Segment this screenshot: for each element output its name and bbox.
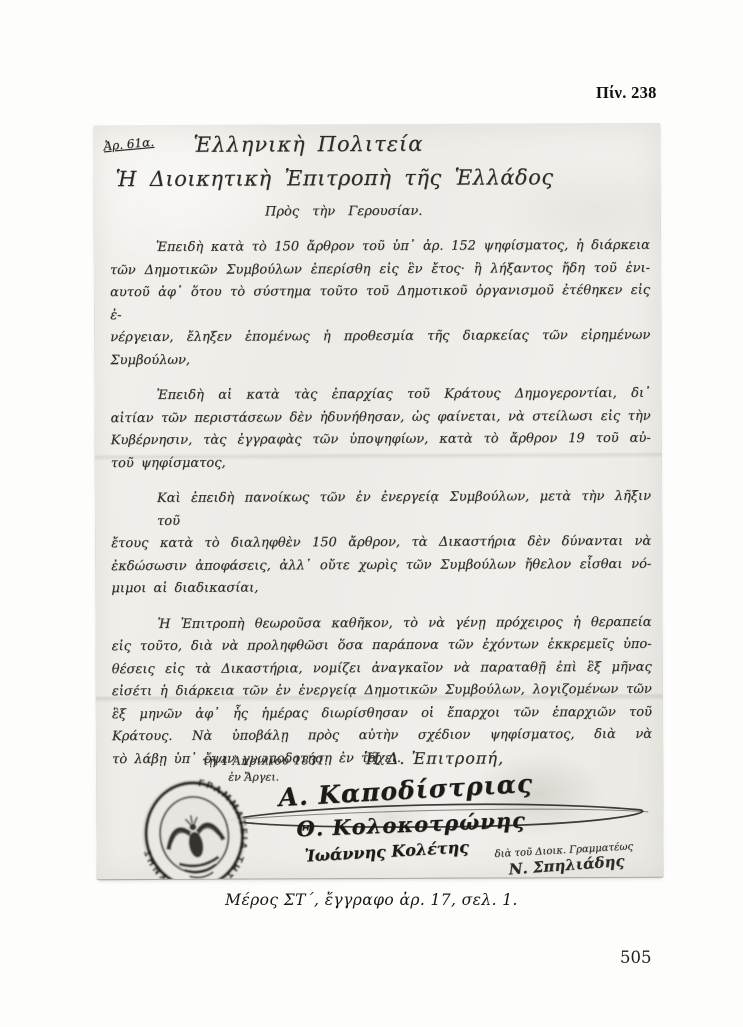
manuscript-line: εἰς τοῦτο, διὰ νὰ προληφθῶσι ὅσα παράπον…: [112, 634, 652, 659]
manuscript-line: Ἐπειδὴ αἱ κατὰ τὰς ἐπαρχίας τοῦ Κράτους …: [110, 383, 650, 408]
manuscript-paragraph: Ἐπειδὴ κατὰ τὸ 150 ἄρθρον τοῦ ὑπ᾽ ἀρ. 15…: [110, 235, 651, 372]
document-scan: Ἀρ. 61α. Ἑλληνικὴ Πολιτεία Ἡ Διοικητικὴ …: [93, 123, 663, 879]
manuscript-line: Ἡ Ἐπιτροπὴ θεωροῦσα καθῆκον, τὸ νὰ γένῃ …: [111, 611, 651, 636]
book-page: Πίν. 238 Ἀρ. 61α. Ἑλληνικὴ Πολιτεία Ἡ Δι…: [0, 0, 743, 1027]
figure-caption: Μέρος ΣΤ΄, ἔγγραφο ἀρ. 17, σελ. 1.: [0, 891, 743, 909]
heading-committee: Ἡ Διοικητικὴ Ἐπιτροπὴ τῆς Ἑλλάδος: [116, 165, 554, 191]
justice-seal-graphic: ΓΡΑΜΜΑΤΕΙΑ ΤΗΣ ΔΙΚΑΙΟΣΥΝΗΣ: [123, 765, 266, 879]
manuscript-line: μιμοι αἱ διαδικασίαι,: [111, 576, 651, 601]
page-number: 505: [620, 948, 652, 967]
date-line: τῇ 4 Ἀπριλίου 1831 Ἡ Δ. Ἐπιτροπή,: [202, 748, 504, 768]
justice-seal: ΓΡΑΜΜΑΤΕΙΑ ΤΗΣ ΔΙΚΑΙΟΣΥΝΗΣ: [123, 765, 267, 879]
manuscript-paragraph: Ἐπειδὴ αἱ κατὰ τὰς ἐπαρχίας τοῦ Κράτους …: [110, 383, 650, 475]
manuscript-line: αυτοῦ ἀφ᾽ ὅτου τὸ σύστημα τοῦτο τοῦ Δημο…: [110, 280, 650, 327]
manuscript-line: ἐκδώσωσιν ἀποφάσεις, ἀλλ᾽ οὔτε χωρὶς τῶν…: [111, 553, 651, 578]
document-date: τῇ 4 Ἀπριλίου 1831: [202, 753, 325, 768]
manuscript-line: Καὶ ἐπειδὴ πανοίκως τῶν ἐν ἐνεργείᾳ Συμβ…: [111, 486, 651, 533]
manuscript-line: τῶν Δημοτικῶν Συμβούλων ἐπερίσθη εἰς ἓν …: [110, 257, 650, 282]
manuscript-line: αἰτίαν τῶν περιστάσεων δὲν ἠδυνήθησαν, ὡ…: [111, 405, 651, 430]
heading-addressee: Πρὸς τὴν Γερουσίαν.: [244, 204, 444, 220]
manuscript-line: Ἐπειδὴ κατὰ τὸ 150 ἄρθρον τοῦ ὑπ᾽ ἀρ. 15…: [110, 235, 650, 260]
manuscript-line: Κράτους. Νὰ ὑποβάλῃ πρὸς αὐτὴν σχέδιον ψ…: [112, 724, 652, 749]
manuscript-line: εἰσέτι ἡ διάρκεια τῶν ἐν ἐνεργείᾳ Δημοτι…: [112, 679, 652, 704]
plate-label: Πίν. 238: [596, 83, 657, 103]
manuscript-line: ἔτους κατὰ τὸ διαληφθὲν 150 ἄρθρον, τὰ Δ…: [111, 531, 651, 556]
committee-title: Ἡ Δ. Ἐπιτροπή,: [364, 748, 504, 768]
manuscript-paragraph: Καὶ ἐπειδὴ πανοίκως τῶν ἐν ἐνεργείᾳ Συμβ…: [111, 486, 651, 601]
archive-number-note: Ἀρ. 61α.: [103, 135, 155, 154]
heading-state: Ἑλληνικὴ Πολιτεία: [193, 132, 423, 157]
manuscript-line: Κυβέρνησιν, τὰς ἐγγραφὰς τῶν ὑποψηφίων, …: [111, 428, 651, 453]
manuscript-line: νέργειαν, ἔληξεν ἑπομένως ἡ προθεσμία τῆ…: [110, 325, 650, 350]
manuscript-line: Συμβούλων,: [110, 347, 650, 372]
manuscript-body: Ἐπειδὴ κατὰ τὸ 150 ἄρθρον τοῦ ὑπ᾽ ἀρ. 15…: [110, 235, 652, 784]
manuscript-line: ἓξ μηνῶν ἀφ᾽ ἧς ἡμέρας διωρίσθησαν οἱ ἔπ…: [112, 701, 652, 726]
signature-kolettis: Ἰωάννης Κολέτης: [304, 837, 469, 865]
manuscript-paragraph: Ἡ Ἐπιτροπὴ θεωροῦσα καθῆκον, τὸ νὰ γένῃ …: [111, 611, 652, 771]
manuscript-line: τοῦ ψηφίσματος,: [111, 450, 651, 475]
manuscript-line: θέσεις εἰς τὰ Δικαστήρια, νομίζει ἀναγκα…: [112, 656, 652, 681]
